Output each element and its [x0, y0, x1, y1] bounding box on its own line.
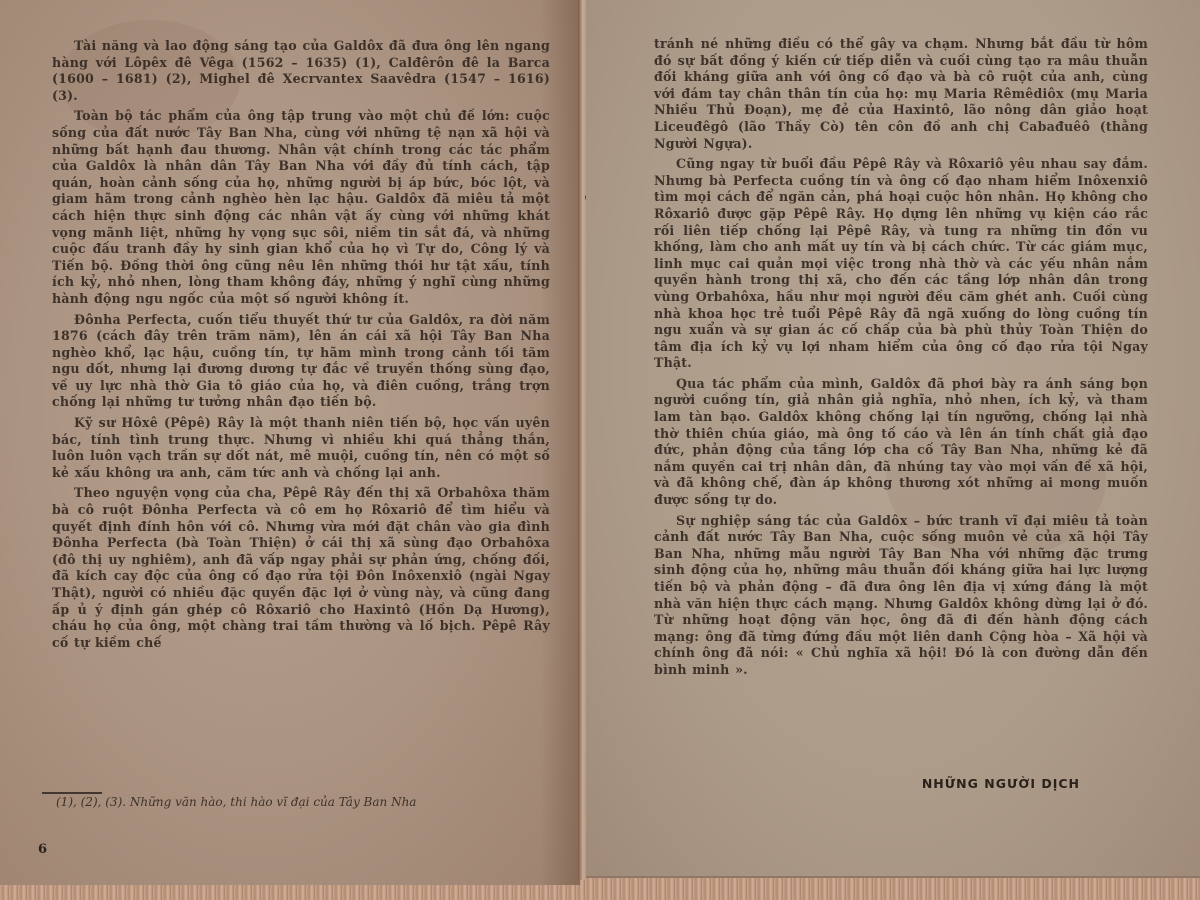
right-page-body: tránh né những điều có thể gây va chạm. …: [654, 36, 1148, 679]
left-page-body: Tài năng và lao động sáng tạo của Galdôx…: [52, 38, 550, 651]
right-paragraph-1: tránh né những điều có thể gây va chạm. …: [654, 36, 1148, 152]
left-page: Tài năng và lao động sáng tạo của Galdôx…: [0, 0, 580, 885]
left-paragraph-1: Tài năng và lao động sáng tạo của Galdôx…: [52, 38, 550, 104]
footnote-divider: [42, 792, 102, 794]
left-paragraph-2: Toàn bộ tác phẩm của ông tập trung vào m…: [52, 108, 550, 307]
left-paragraph-5: Theo nguyện vọng của cha, Pêpê Rây đến t…: [52, 485, 550, 651]
book-photo: Tài năng và lao động sáng tạo của Galdôx…: [0, 0, 1200, 900]
right-page: tránh né những điều có thể gây va chạm. …: [586, 0, 1200, 878]
left-paragraph-3: Đônha Perfecta, cuốn tiểu thuyết thứ tư …: [52, 312, 550, 412]
right-paragraph-3: Qua tác phẩm của mình, Galdôx đã phơi bà…: [654, 376, 1148, 509]
book-gutter: [578, 0, 586, 880]
page-number: 6: [38, 842, 47, 857]
footnote: (1), (2), (3). Những văn hào, thi hào vĩ…: [56, 795, 416, 809]
right-paragraph-2: Cũng ngay từ buổi đầu Pêpê Rây và Rôxari…: [654, 156, 1148, 372]
translators-signature: NHỮNG NGƯỜI DỊCH: [922, 776, 1080, 791]
right-paragraph-4: Sự nghiệp sáng tác của Galdôx – bức tran…: [654, 513, 1148, 679]
left-paragraph-4: Kỹ sư Hôxê (Pêpê) Rây là một thanh niên …: [52, 415, 550, 481]
